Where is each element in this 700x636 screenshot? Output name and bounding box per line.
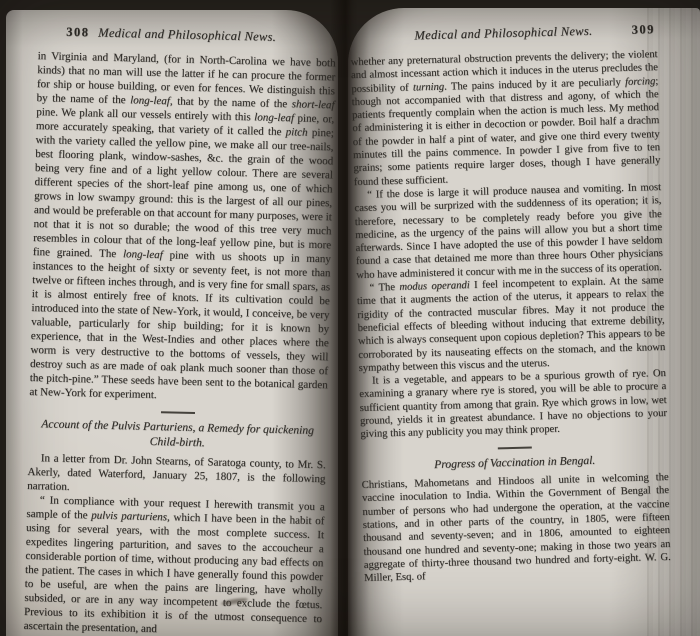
page-fore-edge bbox=[642, 8, 700, 636]
section-heading-vaccination-bengal: Progress of Vaccination in Bengal. bbox=[361, 452, 668, 475]
right-page: Medical and Philosophical News. 309 whet… bbox=[348, 8, 700, 636]
right-page-content: Medical and Philosophical News. 309 whet… bbox=[350, 23, 671, 585]
section-heading-pulvis-parturiens: Account of the Pulvis Parturiens, a Reme… bbox=[28, 417, 327, 453]
section-divider bbox=[497, 446, 531, 449]
body-paragraph: In a letter from Dr. John Stearns, of Sa… bbox=[27, 451, 326, 500]
right-running-header-row: Medical and Philosophical News. 309 bbox=[350, 23, 657, 47]
body-paragraph: Christians, Mahometans and Hindoos all u… bbox=[362, 471, 672, 585]
body-paragraph: whether any preternatural obstruction pr… bbox=[351, 48, 661, 189]
body-paragraph: “ The modus operandi I feel incompetent … bbox=[356, 274, 665, 375]
left-page-content: 308 Medical and Philosophical News. in V… bbox=[24, 24, 337, 636]
running-header-left: Medical and Philosophical News. bbox=[98, 26, 276, 44]
body-paragraph: “ If the dose is large it will produce n… bbox=[354, 181, 663, 282]
body-paragraph: “ In compliance with your request I here… bbox=[24, 493, 325, 636]
page-number-left: 308 bbox=[66, 25, 90, 40]
body-paragraph: in Virginia and Maryland, (for in North-… bbox=[29, 49, 335, 406]
book-photo: 308 Medical and Philosophical News. in V… bbox=[0, 0, 700, 636]
body-paragraph: It is a vegetable, and appears to be a s… bbox=[359, 367, 668, 441]
section-divider bbox=[161, 411, 195, 414]
running-header-right: Medical and Philosophical News. bbox=[414, 24, 592, 43]
book-gutter-shadow bbox=[330, 0, 358, 636]
left-running-header-row: 308 Medical and Philosophical News. bbox=[38, 24, 336, 47]
left-page: 308 Medical and Philosophical News. in V… bbox=[6, 10, 338, 636]
